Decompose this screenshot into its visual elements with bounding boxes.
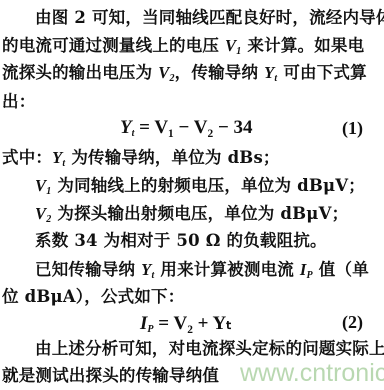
equation-2: IP = V₂ + Yₜ bbox=[140, 312, 232, 335]
paragraph3-line2: 就是测试出探头的传输导纳值 bbox=[2, 366, 219, 386]
text: 的电流可通过测量线上的电压 bbox=[2, 36, 225, 55]
var-v1: V1 bbox=[225, 36, 241, 55]
var-v2: V2 bbox=[158, 63, 174, 82]
text: 来计算。如果电 bbox=[241, 36, 364, 55]
watermark: www.cntronics.com bbox=[240, 359, 384, 388]
paragraph1-line1: 由图 2 可知，当同轴线匹配良好时，流经内导体 bbox=[35, 8, 384, 28]
paragraph2-line2: 位 dBμA），公式如下： bbox=[2, 287, 184, 307]
text: 可由下式算 bbox=[277, 63, 366, 82]
paragraph1-line4: 出： bbox=[2, 92, 35, 112]
equation-1-number: (1) bbox=[342, 118, 363, 139]
paragraph1-line3: 流探头的输出电压为 V2，传输导纳 Yt 可由下式算 bbox=[2, 63, 367, 89]
text: 流探头的输出电压为 bbox=[2, 63, 158, 82]
definition-v2: V2 为探头输出射频电压，单位为 dBμV； bbox=[35, 204, 348, 230]
text: ，传输导纳 bbox=[175, 63, 264, 82]
definition-v1: V1 为同轴线上的射频电压，单位为 dBμV； bbox=[35, 176, 365, 202]
definition-yt: 式中：Yt 为传输导纳，单位为 dBs； bbox=[2, 148, 280, 174]
paragraph2-line1: 已知传输导纳 Yt 用来计算被测电流 IP 值（单 bbox=[35, 260, 369, 286]
paragraph3-line1: 由上述分析可知，对电流探头定标的问题实际上 bbox=[35, 339, 384, 359]
equation-2-number: (2) bbox=[342, 312, 363, 333]
var-yt: Yt bbox=[264, 63, 277, 82]
definition-constant: 系数 34 为相对于 50 Ω 的负载阻抗。 bbox=[35, 231, 327, 251]
equation-1: Yt = V₁ − V₂ − 34 bbox=[120, 117, 253, 139]
paragraph1-line2: 的电流可通过测量线上的电压 V1 来计算。如果电 bbox=[2, 36, 364, 62]
